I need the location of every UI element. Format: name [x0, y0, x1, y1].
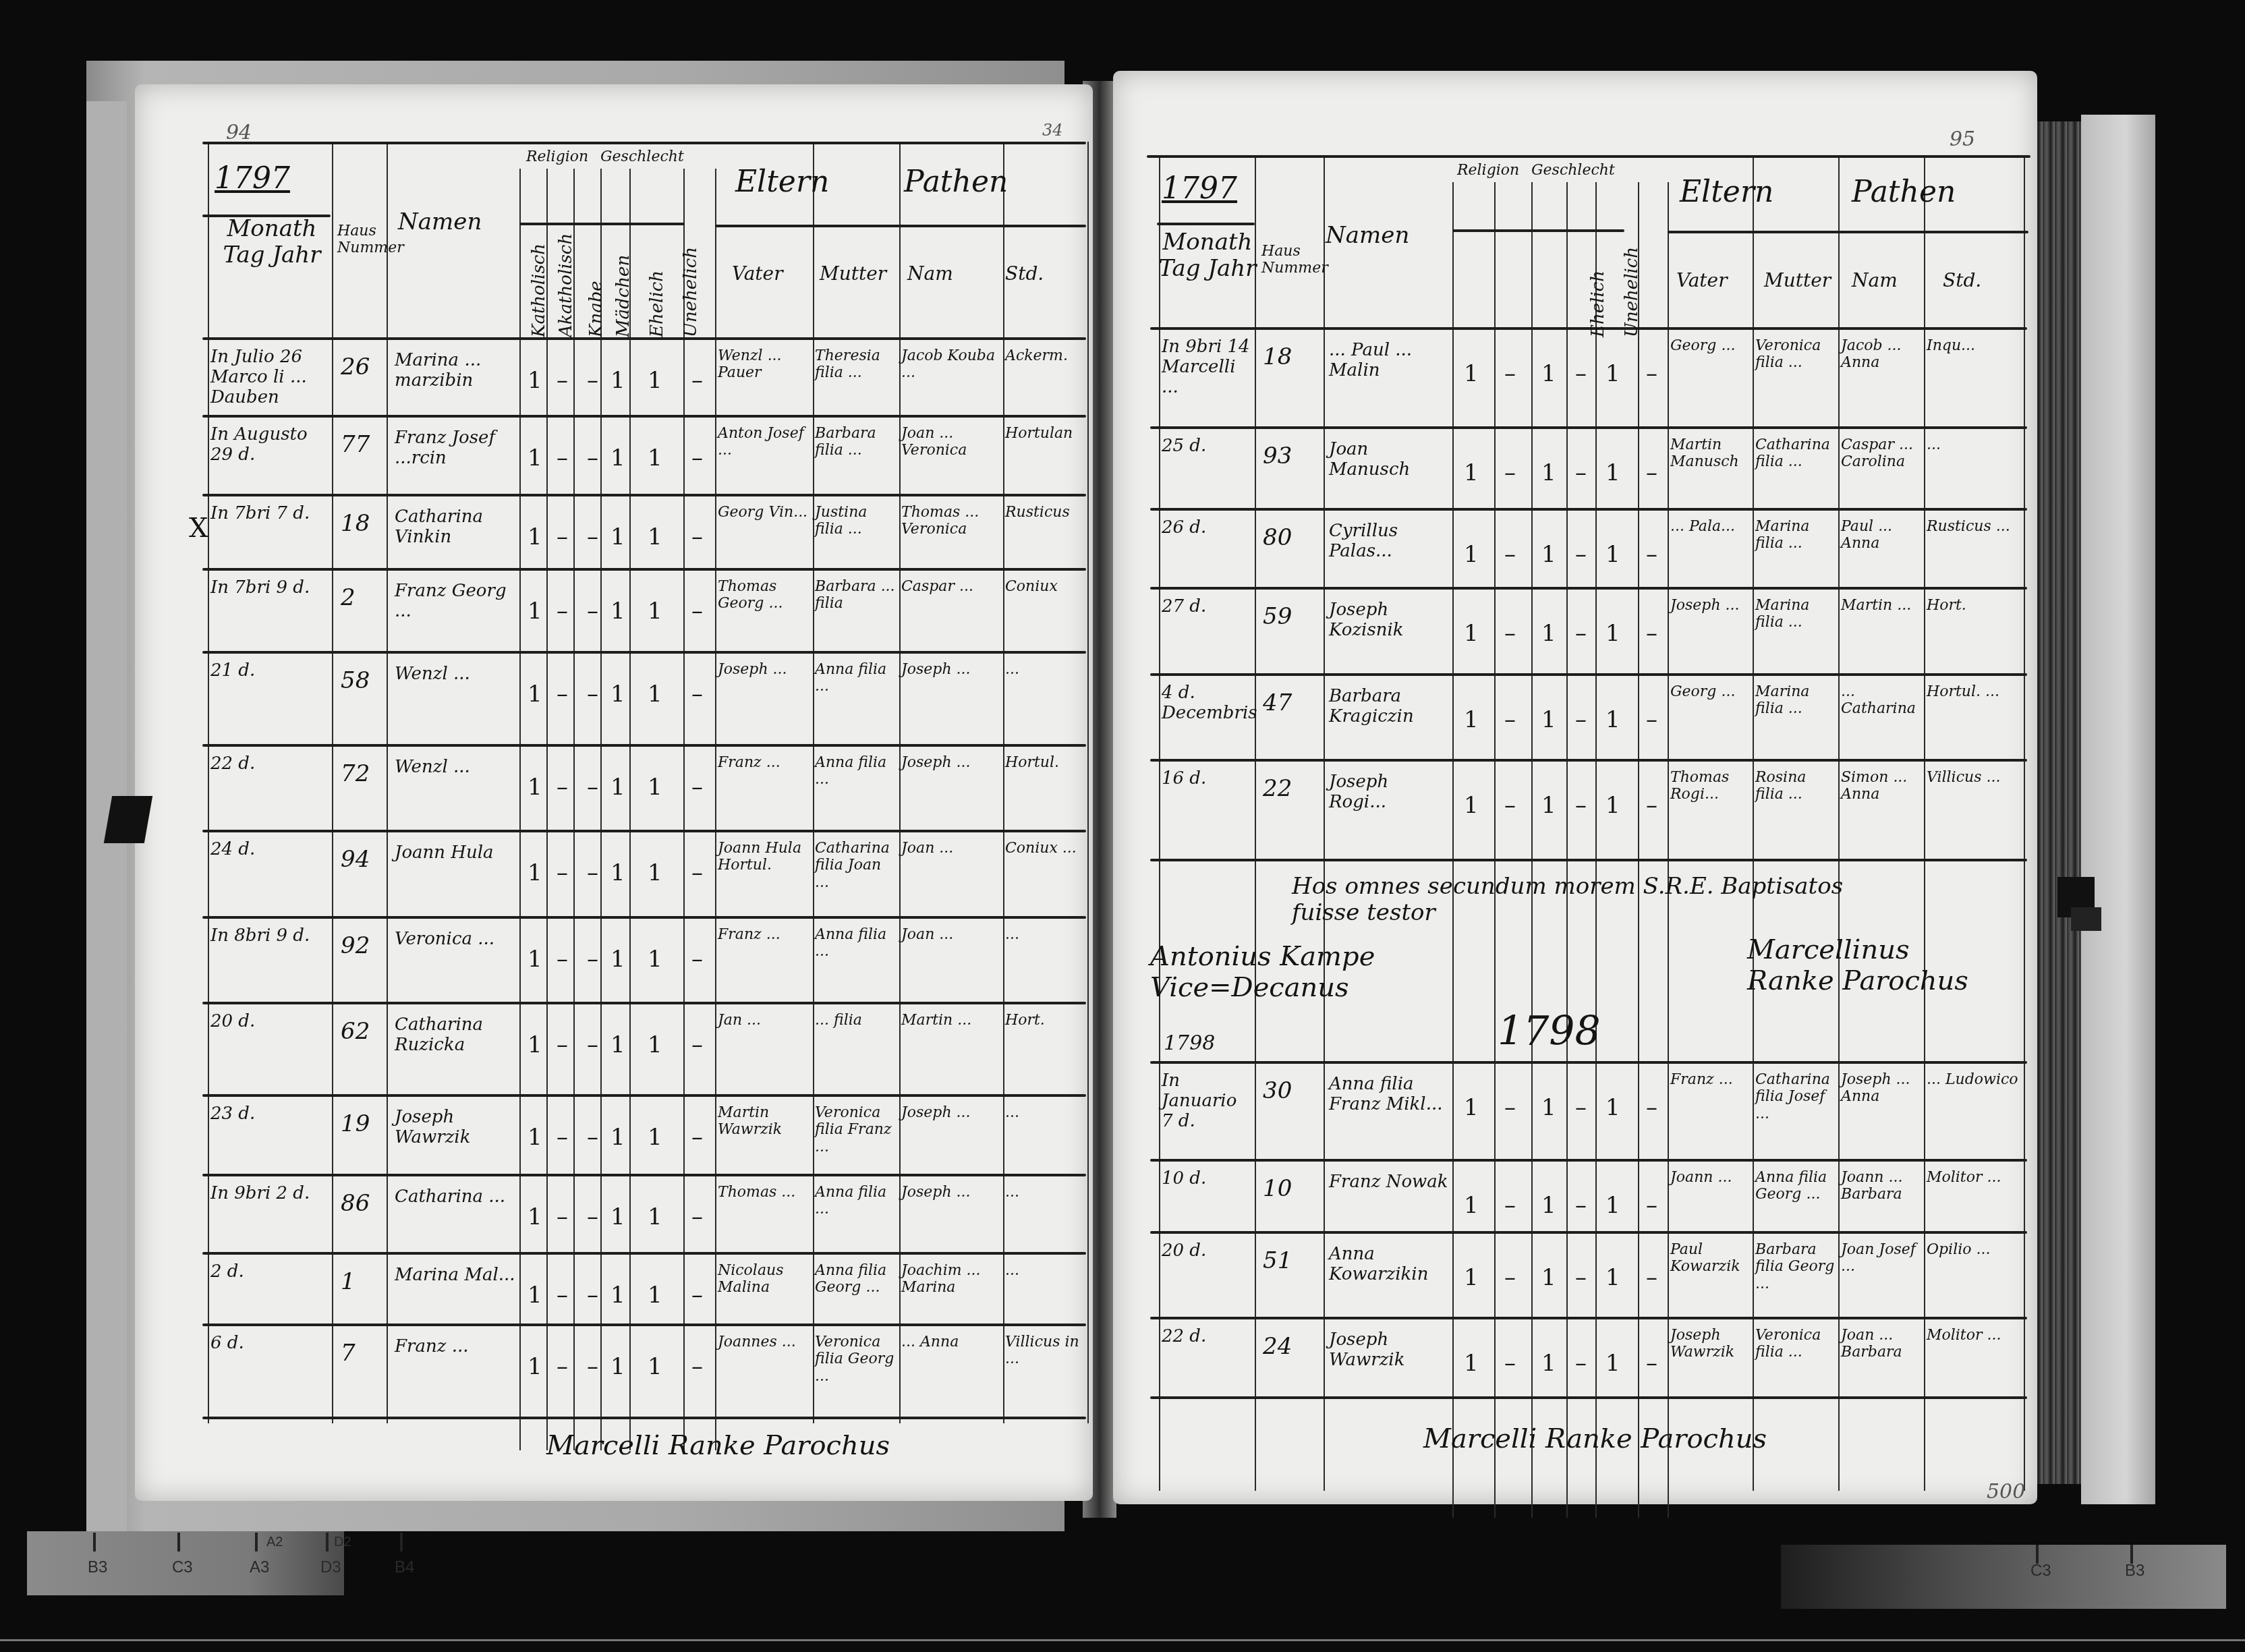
row-girl-dash: –: [1575, 1350, 1587, 1377]
row-date: 20 d.: [210, 1012, 329, 1032]
row-catholic-mark: 1: [1464, 542, 1479, 568]
left-header-godparent-name: Nam: [907, 263, 953, 285]
right-header-godparent-status: Std.: [1943, 270, 1981, 291]
left-header-sex: Geschlecht: [600, 148, 661, 165]
row-mother: Rosina filia ...: [1755, 769, 1836, 803]
row-sex-mark: 1: [1541, 1265, 1556, 1291]
row-godparent-status: Rusticus: [1005, 504, 1085, 521]
row-father: Martin Wawrzik: [718, 1104, 811, 1139]
row-godparent-status: Coniux ...: [1005, 840, 1085, 857]
margin-mark: X: [189, 513, 208, 544]
row-catholic-mark: 1: [528, 368, 542, 394]
right-year-rule: [1157, 223, 1255, 225]
row-godparent-status: ...: [1005, 1184, 1085, 1201]
row-sex-mark: 1: [1541, 542, 1556, 568]
right-row-rule: [1150, 1231, 2027, 1234]
row-girl-dash: –: [1575, 621, 1587, 647]
row-house-number: 62: [341, 1019, 385, 1045]
row-father: Wenzl ... Pauer: [718, 347, 811, 382]
row-boy-dash: –: [587, 946, 598, 973]
left-parents-rule: [715, 225, 1086, 227]
right-header-religion: Religion: [1457, 162, 1511, 179]
right-column-rule: [2024, 155, 2025, 1491]
row-illegit-dash: –: [1646, 1265, 1657, 1291]
right-header-top-rule: [1147, 155, 2030, 158]
row-father: Georg ...: [1670, 683, 1750, 700]
row-child-name: Franz Georg ...: [395, 581, 516, 622]
row-child-name: Franz Josef ...rcin: [395, 428, 516, 469]
row-mother: Veronica filia Franz ...: [815, 1104, 897, 1156]
row-father: Joannes ...: [718, 1334, 811, 1350]
left-header-religion: Religion: [526, 148, 594, 165]
row-catholic-mark: 1: [528, 1032, 542, 1058]
row-date: In 7bri 7 d.: [210, 504, 329, 524]
row-date: 6 d.: [210, 1334, 329, 1354]
row-house-number: 86: [341, 1191, 385, 1217]
row-catholic-mark: 1: [528, 598, 542, 625]
row-catholic-mark: 1: [528, 681, 542, 708]
row-godparent-status: ...: [1005, 1104, 1085, 1121]
row-sex-mark: 1: [610, 774, 625, 801]
row-catholic-mark: 1: [528, 1282, 542, 1309]
row-date: 21 d.: [210, 661, 329, 681]
row-catholic-mark: 1: [1464, 707, 1479, 733]
row-child-name: Veronica ...: [395, 930, 516, 950]
left-row-rule: [202, 337, 1086, 340]
row-sex-mark: 1: [610, 946, 625, 973]
row-mother: Veronica filia Georg ...: [815, 1334, 897, 1385]
row-illegit-dash: –: [1646, 621, 1657, 647]
row-legit-mark: 1: [648, 1204, 662, 1230]
row-date: In Augusto 29 d.: [210, 425, 329, 465]
row-mother: Veronica filia ...: [1755, 1327, 1836, 1361]
row-illegit-dash: –: [691, 524, 703, 550]
right-row-rule: [1150, 587, 2027, 590]
row-father: Martin Manusch: [1670, 436, 1750, 471]
row-illegit-dash: –: [691, 1282, 703, 1309]
left-column-rule: [546, 169, 548, 1450]
left-row-rule: [202, 916, 1086, 919]
row-catholic-mark: 1: [1464, 361, 1479, 387]
row-godparent: Joan Josef ...: [1841, 1241, 1922, 1276]
row-godparent: ... Anna: [901, 1334, 1001, 1350]
stamp-number: 500: [1987, 1481, 2025, 1504]
row-legit-mark: 1: [648, 1354, 662, 1380]
row-child-name: Anna Kowarzikin: [1329, 1245, 1450, 1285]
row-legit-mark: 1: [648, 1124, 662, 1151]
row-mother: Catharina filia ...: [1755, 436, 1836, 471]
row-child-name: Anna filia Franz Mikl...: [1329, 1075, 1450, 1115]
row-mother: Theresia filia ...: [815, 347, 897, 382]
row-catholic-mark: 1: [1464, 460, 1479, 486]
right-header-father: Vater: [1676, 270, 1728, 291]
right-row-rule: [1150, 1159, 2027, 1162]
scale-bar-right: [1781, 1545, 2226, 1609]
right-page-signature: Marcelli Ranke Parochus: [1423, 1423, 1767, 1454]
right-header-parents: Eltern: [1680, 175, 1773, 210]
left-row-rule: [202, 1252, 1086, 1255]
row-mother: Barbara filia Georg ...: [1755, 1241, 1836, 1292]
row-house-number: 93: [1263, 443, 1320, 469]
row-legit-mark: 1: [648, 774, 662, 801]
row-acatholic-dash: –: [1504, 707, 1516, 733]
row-godparent-status: Ackerm.: [1005, 347, 1085, 364]
row-godparent-status: Villicus ...: [1927, 769, 2021, 786]
row-acatholic-dash: –: [557, 445, 568, 472]
row-catholic-mark: 1: [528, 774, 542, 801]
row-illegit-dash: –: [691, 681, 703, 708]
left-row-rule: [202, 1174, 1086, 1176]
row-father: Paul Kowarzik: [1670, 1241, 1750, 1276]
left-year-header: 1797: [215, 162, 290, 196]
binding-clip: [104, 796, 152, 843]
left-header-parents: Eltern: [735, 165, 829, 200]
scale-label-top: D2: [334, 1535, 351, 1550]
row-house-number: 58: [341, 668, 385, 694]
row-illegit-dash: –: [691, 774, 703, 801]
row-date: In 9bri 2 d.: [210, 1184, 329, 1204]
right-header-godparents: Pathen: [1852, 175, 1956, 210]
left-row-rule: [202, 1094, 1086, 1097]
row-boy-dash: –: [587, 774, 598, 801]
row-legit-mark: 1: [1605, 1095, 1620, 1121]
row-legit-mark: 1: [1605, 707, 1620, 733]
row-girl-dash: –: [1575, 460, 1587, 486]
row-godparent: Joseph ...: [901, 661, 1001, 678]
row-boy-dash: –: [587, 524, 598, 550]
row-boy-dash: –: [587, 1282, 598, 1309]
row-date: In Julio 26 Marco li ... Dauben: [210, 347, 329, 408]
scale-tick: [255, 1533, 258, 1551]
left-column-rule: [1087, 142, 1089, 1423]
left-column-rule: [683, 169, 685, 1450]
row-illegit-dash: –: [691, 1032, 703, 1058]
row-godparent-status: Hortul. ...: [1927, 683, 2021, 700]
row-sex-mark: 1: [610, 1354, 625, 1380]
row-mother: Anna filia ...: [815, 661, 897, 695]
row-girl-dash: –: [1575, 793, 1587, 819]
row-sex-mark: 1: [610, 1204, 625, 1230]
row-acatholic-dash: –: [557, 946, 568, 973]
row-illegit-dash: –: [1646, 361, 1657, 387]
row-godparent: Jacob Kouba ...: [901, 347, 1001, 382]
row-illegit-dash: –: [691, 946, 703, 973]
row-illegit-dash: –: [1646, 707, 1657, 733]
row-house-number: 59: [1263, 604, 1320, 630]
row-godparent-status: ...: [1005, 1262, 1085, 1279]
left-row-rule: [202, 568, 1086, 571]
row-sex-mark: 1: [610, 681, 625, 708]
left-header-top-rule: [202, 142, 1086, 144]
left-header-legitimate: Ehelich: [648, 202, 668, 337]
row-boy-dash: –: [587, 681, 598, 708]
left-header-boy: Knabe: [587, 216, 607, 337]
row-father: Joann Hula Hortul.: [718, 840, 811, 874]
row-catholic-mark: 1: [528, 1124, 542, 1151]
right-column-rule: [1753, 155, 1754, 1491]
row-house-number: 77: [341, 432, 385, 458]
right-row-rule: [1150, 1061, 2027, 1064]
left-column-rule: [715, 169, 716, 1450]
frame-bottom-line: [0, 1639, 2245, 1641]
row-legit-mark: 1: [1605, 1350, 1620, 1377]
row-godparent: Joan ...: [901, 926, 1001, 943]
row-godparent: Joann ... Barbara: [1841, 1169, 1922, 1203]
row-mother: Catharina filia Josef ...: [1755, 1071, 1836, 1122]
row-father: Georg Vin...: [718, 504, 811, 521]
right-column-rule: [1924, 155, 1925, 1491]
row-house-number: 18: [1263, 344, 1320, 370]
right-row-rule: [1150, 859, 2027, 861]
row-godparent: ... Catharina: [1841, 683, 1922, 718]
row-godparent: Joseph ... Anna: [1841, 1071, 1922, 1106]
row-father: ... Pala...: [1670, 518, 1750, 535]
row-boy-dash: –: [587, 1354, 598, 1380]
row-child-name: Franz Nowak: [1329, 1172, 1450, 1193]
row-acatholic-dash: –: [557, 598, 568, 625]
row-house-number: 30: [1263, 1078, 1320, 1104]
row-father: Nicolaus Malina: [718, 1262, 811, 1297]
scale-label-top: A2: [266, 1535, 283, 1550]
row-illegit-dash: –: [1646, 1350, 1657, 1377]
year-1798-large: 1798: [1498, 1008, 1601, 1055]
row-illegit-dash: –: [691, 860, 703, 886]
row-date: In 8bri 9 d.: [210, 926, 329, 946]
row-legit-mark: 1: [1605, 793, 1620, 819]
row-child-name: Wenzl ...: [395, 758, 516, 778]
scale-label: B3: [2125, 1562, 2144, 1580]
row-acatholic-dash: –: [1504, 793, 1516, 819]
row-godparent: Martin ...: [901, 1012, 1001, 1029]
bookmark-tab-lower: [2071, 907, 2101, 931]
row-legit-mark: 1: [1605, 361, 1620, 387]
row-mother: Barbara ... filia: [815, 578, 897, 613]
row-godparent: Paul ... Anna: [1841, 518, 1922, 552]
row-acatholic-dash: –: [1504, 361, 1516, 387]
row-house-number: 80: [1263, 525, 1320, 551]
row-boy-dash: –: [587, 1124, 598, 1151]
row-girl-dash: –: [1575, 707, 1587, 733]
left-column-rule: [332, 142, 333, 1423]
right-header-date: Monath Tag Jahr: [1157, 229, 1258, 282]
row-legit-mark: 1: [648, 445, 662, 472]
row-boy-dash: –: [587, 368, 598, 394]
row-house-number: 47: [1263, 690, 1320, 716]
left-column-rule: [813, 142, 814, 1423]
row-sex-mark: 1: [1541, 460, 1556, 486]
row-catholic-mark: 1: [528, 524, 542, 550]
left-column-rule: [600, 169, 602, 1450]
row-date: 4 d. Decembris: [1162, 683, 1253, 724]
row-girl-dash: –: [1575, 1095, 1587, 1121]
row-sex-mark: 1: [1541, 1095, 1556, 1121]
row-child-name: Joseph Kozisnik: [1329, 600, 1450, 641]
row-legit-mark: 1: [648, 368, 662, 394]
row-acatholic-dash: –: [557, 774, 568, 801]
row-catholic-mark: 1: [528, 1354, 542, 1380]
right-row-rule: [1150, 426, 2027, 429]
row-boy-dash: –: [587, 1204, 598, 1230]
row-child-name: Joseph Rogi...: [1329, 772, 1450, 813]
right-header-mother: Mutter: [1764, 270, 1831, 291]
row-catholic-mark: 1: [528, 1204, 542, 1230]
row-illegit-dash: –: [1646, 1095, 1657, 1121]
row-boy-dash: –: [587, 598, 598, 625]
row-house-number: 2: [341, 585, 385, 611]
right-header-legitimate: Ehelich: [1589, 209, 1609, 337]
right-header-house: Haus Nummer: [1261, 243, 1309, 277]
scale-label: C3: [2030, 1562, 2051, 1580]
row-date: 23 d.: [210, 1104, 329, 1124]
row-mother: Anna filia ...: [815, 926, 897, 961]
row-child-name: Joseph Wawrzik: [395, 1108, 516, 1148]
row-child-name: Marina Mal...: [395, 1265, 516, 1286]
row-house-number: 1: [341, 1269, 385, 1295]
right-row-rule: [1150, 1396, 2027, 1399]
scale-tick: [2130, 1545, 2133, 1564]
right-year-header: 1797: [1162, 172, 1237, 206]
row-father: Joseph Wawrzik: [1670, 1327, 1750, 1361]
left-header-girl: Mädchen: [614, 216, 634, 337]
row-father: Thomas Rogi...: [1670, 769, 1750, 803]
row-girl-dash: –: [1575, 1193, 1587, 1219]
row-child-name: Joann Hula: [395, 843, 516, 863]
row-house-number: 72: [341, 761, 385, 787]
row-catholic-mark: 1: [1464, 1265, 1479, 1291]
row-girl-dash: –: [1575, 542, 1587, 568]
row-child-name: Wenzl ...: [395, 664, 516, 685]
left-row-rule: [202, 1323, 1086, 1326]
row-sex-mark: 1: [610, 860, 625, 886]
row-date: 26 d.: [1162, 518, 1253, 538]
row-father: Franz ...: [1670, 1071, 1750, 1088]
scale-tick: [177, 1533, 180, 1551]
row-legit-mark: 1: [648, 524, 662, 550]
left-row-rule: [202, 494, 1086, 496]
left-column-rule: [573, 169, 575, 1450]
row-godparent: Simon ... Anna: [1841, 769, 1922, 803]
right-column-rule: [1838, 155, 1840, 1491]
row-illegit-dash: –: [691, 1124, 703, 1151]
row-child-name: Joseph Wawrzik: [1329, 1330, 1450, 1371]
right-header-name: Namen: [1326, 223, 1409, 249]
row-mother: Catharina filia Joan ...: [815, 840, 897, 891]
row-house-number: 92: [341, 933, 385, 959]
row-godparent: Joan ...: [901, 840, 1001, 857]
row-father: Thomas Georg ...: [718, 578, 811, 613]
row-godparent-status: Hortulan: [1005, 425, 1085, 442]
row-godparent: Joseph ...: [901, 1104, 1001, 1121]
row-acatholic-dash: –: [1504, 460, 1516, 486]
row-house-number: 7: [341, 1340, 385, 1367]
scale-tick: [326, 1533, 329, 1551]
row-godparent-status: ...: [1927, 436, 2021, 453]
row-illegit-dash: –: [691, 598, 703, 625]
row-sex-mark: 1: [1541, 621, 1556, 647]
row-girl-dash: –: [1575, 361, 1587, 387]
row-father: Jan ...: [718, 1012, 811, 1029]
row-child-name: Marina ... marzibin: [395, 351, 516, 391]
scale-label: B4: [395, 1558, 414, 1577]
row-sex-mark: 1: [610, 445, 625, 472]
row-legit-mark: 1: [648, 946, 662, 973]
row-legit-mark: 1: [1605, 621, 1620, 647]
row-father: Franz ...: [718, 926, 811, 943]
row-house-number: 51: [1263, 1248, 1320, 1274]
row-acatholic-dash: –: [1504, 1095, 1516, 1121]
left-page-signature: Marcelli Ranke Parochus: [546, 1430, 890, 1461]
row-godparent: Caspar ... Carolina: [1841, 436, 1922, 471]
row-acatholic-dash: –: [557, 860, 568, 886]
right-column-rule: [1255, 155, 1256, 1491]
left-page-number: 94: [226, 121, 252, 145]
row-godparent: Thomas ... Veronica: [901, 504, 1001, 538]
row-father: Thomas ...: [718, 1184, 811, 1201]
row-father: Georg ...: [1670, 337, 1750, 354]
row-legit-mark: 1: [648, 598, 662, 625]
row-father: Joseph ...: [1670, 597, 1750, 614]
row-legit-mark: 1: [1605, 460, 1620, 486]
row-catholic-mark: 1: [1464, 793, 1479, 819]
row-illegit-dash: –: [1646, 793, 1657, 819]
row-date: In 7bri 9 d.: [210, 578, 329, 598]
row-godparent: Joseph ...: [901, 754, 1001, 771]
left-column-rule: [1003, 142, 1004, 1423]
row-mother: Marina filia ...: [1755, 683, 1836, 718]
right-header-godparent-name: Nam: [1852, 270, 1898, 291]
parish-priest-signature: Marcellinus Ranke Parochus: [1747, 934, 1970, 996]
row-godparent-status: Coniux: [1005, 578, 1085, 595]
row-godparent-status: Hort.: [1005, 1012, 1085, 1029]
row-acatholic-dash: –: [557, 1282, 568, 1309]
row-legit-mark: 1: [1605, 1193, 1620, 1219]
book-cover-right: [2081, 115, 2155, 1504]
left-header-catholic: Katholisch: [530, 216, 550, 337]
row-boy-dash: –: [587, 1032, 598, 1058]
left-row-rule: [202, 830, 1086, 832]
right-page-number: 95: [1950, 128, 1975, 152]
row-acatholic-dash: –: [557, 368, 568, 394]
row-sex-mark: 1: [1541, 793, 1556, 819]
row-date: 20 d.: [1162, 1241, 1253, 1261]
row-illegit-dash: –: [1646, 1193, 1657, 1219]
left-header-date: Monath Tag Jahr: [215, 216, 329, 268]
row-father: Joann ...: [1670, 1169, 1750, 1186]
row-godparent-status: ...: [1005, 926, 1085, 943]
right-row-rule: [1150, 508, 2027, 511]
row-house-number: 19: [341, 1111, 385, 1137]
vice-dean-signature: Antonius Kampe Vice=Decanus: [1150, 941, 1393, 1003]
left-column-rule: [629, 169, 631, 1450]
row-house-number: 10: [1263, 1176, 1320, 1202]
row-father: Joseph ...: [718, 661, 811, 678]
left-header-name: Namen: [398, 209, 482, 235]
row-illegit-dash: –: [691, 1354, 703, 1380]
row-godparent: Joachim ... Marina: [901, 1262, 1001, 1297]
row-child-name: Cyrillus Palas...: [1329, 521, 1450, 562]
row-legit-mark: 1: [648, 681, 662, 708]
row-godparent-status: Molitor ...: [1927, 1169, 2021, 1186]
row-catholic-mark: 1: [1464, 621, 1479, 647]
row-godparent-status: Molitor ...: [1927, 1327, 2021, 1344]
right-column-rule: [1159, 155, 1160, 1491]
left-column-rule: [387, 142, 388, 1423]
row-sex-mark: 1: [1541, 707, 1556, 733]
row-sex-mark: 1: [610, 598, 625, 625]
row-date: 10 d.: [1162, 1169, 1253, 1189]
row-boy-dash: –: [587, 860, 598, 886]
row-godparent: Caspar ...: [901, 578, 1001, 595]
